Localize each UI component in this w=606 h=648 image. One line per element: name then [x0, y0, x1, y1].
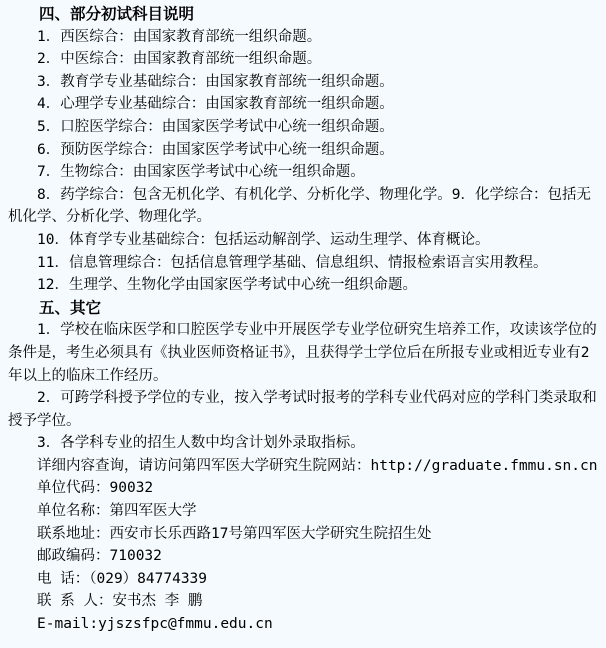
section-heading-other: 五、其它	[8, 297, 598, 320]
section-other: 五、其它 1．学校在临床医学和口腔医学专业中开展医学专业学位研究生培养工作，攻读…	[8, 297, 598, 636]
address-line: 联系地址：西安市长乐西路17号第四军医大学研究生院招生处	[8, 523, 598, 546]
phone-line: 电 话：（029）84774339	[8, 568, 598, 591]
subject-note-item: 2．中医综合：由国家教育部统一组织命题。	[8, 48, 598, 71]
other-note-item: 3．各学科专业的招生人数中均含计划外录取指标。	[8, 432, 598, 455]
query-info-line: 详细内容查询，请访问第四军医大学研究生院网站：http://graduate.f…	[8, 455, 598, 478]
subject-note-item: 1．西医综合：由国家教育部统一组织命题。	[8, 26, 598, 49]
document-body: 四、部分初试科目说明 1．西医综合：由国家教育部统一组织命题。 2．中医综合：由…	[0, 0, 606, 636]
subject-note-item: 3．教育学专业基础综合：由国家教育部统一组织命题。	[8, 71, 598, 94]
subject-note-item: 4．心理学专业基础综合：由国家教育部统一组织命题。	[8, 93, 598, 116]
unit-name-line: 单位名称：第四军医大学	[8, 500, 598, 523]
subject-note-item: 12．生理学、生物化学由国家医学考试中心统一组织命题。	[8, 274, 598, 297]
email-line: E-mail:yjszsfpc@fmmu.edu.cn	[8, 613, 598, 636]
subject-note-item: 7．生物综合：由国家医学考试中心统一组织命题。	[8, 161, 598, 184]
section-heading-exam-subject-notes: 四、部分初试科目说明	[8, 3, 598, 26]
other-note-item: 2．可跨学科授予学位的专业，按入学考试时报考的学科专业代码对应的学科门类录取和授…	[8, 387, 598, 432]
subject-note-item: 8．药学综合：包含无机化学、有机化学、分析化学、物理化学。9．化学综合：包括无机…	[8, 184, 598, 229]
subject-note-item: 10．体育学专业基础综合：包括运动解剖学、运动生理学、体育概论。	[8, 229, 598, 252]
subject-note-item: 6．预防医学综合：由国家医学考试中心统一组织命题。	[8, 139, 598, 162]
unit-code-line: 单位代码：90032	[8, 477, 598, 500]
section-exam-subject-notes: 四、部分初试科目说明 1．西医综合：由国家教育部统一组织命题。 2．中医综合：由…	[8, 3, 598, 297]
subject-note-item: 11．信息管理综合：包括信息管理学基础、信息组织、情报检索语言实用教程。	[8, 252, 598, 275]
contact-person-line: 联 系 人：安书杰 李 鹏	[8, 590, 598, 613]
postal-code-line: 邮政编码：710032	[8, 545, 598, 568]
subject-note-item: 5．口腔医学综合：由国家医学考试中心统一组织命题。	[8, 116, 598, 139]
other-note-item: 1．学校在临床医学和口腔医学专业中开展医学专业学位研究生培养工作，攻读该学位的条…	[8, 319, 598, 387]
